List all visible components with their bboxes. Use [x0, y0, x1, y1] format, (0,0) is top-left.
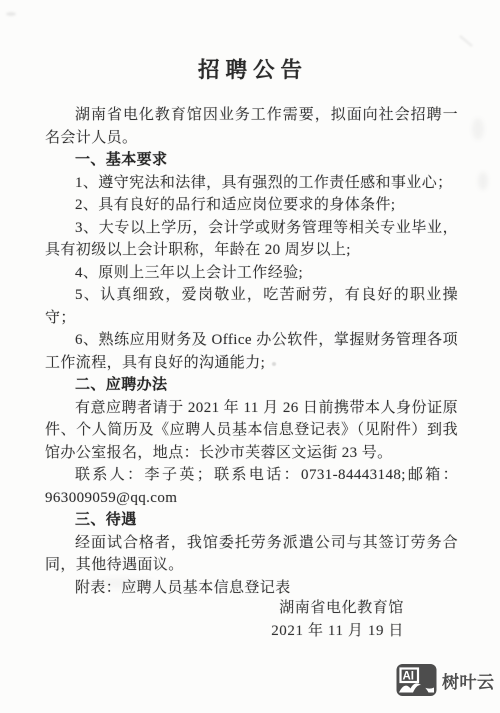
- ai-logo-text: AI: [403, 671, 415, 683]
- contact-paragraph: 联系人：李子英；联系电话：0731-84443148;邮箱：963009059@…: [45, 464, 458, 509]
- watermark-brand-label: 树叶云: [442, 668, 495, 693]
- scanned-document-page: 招聘公告 湖南省电化教育馆因业务工作需要，拟面向社会招聘一名会计人员。 一、基本…: [0, 0, 500, 713]
- application-method-paragraph: 有意应聘者请于 2021 年 11 月 26 日前携带本人身份证原件、个人简历及…: [45, 397, 458, 465]
- scan-artifact: [472, 118, 484, 140]
- treatment-paragraph: 经面试合格者，我馆委托劳务派遣公司与其签订劳务合同，其他待遇面议。: [45, 532, 458, 577]
- section-3-heading: 三、待遇: [45, 509, 458, 532]
- requirement-item-4: 4、原则上三年以上会计工作经验;: [45, 262, 458, 285]
- signature-date: 2021 年 11 月 19 日: [271, 620, 404, 643]
- page-title: 招聘公告: [0, 53, 500, 84]
- section-2-heading: 二、应聘办法: [45, 374, 458, 397]
- intro-paragraph: 湖南省电化教育馆因业务工作需要，拟面向社会招聘一名会计人员。: [45, 104, 458, 149]
- shuyeyun-watermark: AI 树叶云: [396, 663, 495, 697]
- requirement-item-5: 5、认真细致，爱岗敬业，吃苦耐劳，有良好的职业操守；: [45, 284, 458, 329]
- attachment-note: 附表：应聘人员基本信息登记表: [45, 577, 458, 600]
- scan-artifact: [6, 12, 16, 16]
- requirement-item-3: 3、大专以上学历，会计学或财务管理等相关专业毕业，具有初级以上会计职称，年龄在 …: [45, 217, 458, 262]
- signature-block: 湖南省电化教育馆 2021 年 11 月 19 日: [271, 597, 404, 642]
- document-body: 湖南省电化教育馆因业务工作需要，拟面向社会招聘一名会计人员。 一、基本要求 1、…: [45, 104, 458, 599]
- requirement-item-6: 6、熟练应用财务及 Office 办公软件，掌握财务管理各项工作流程，具有良好的…: [45, 329, 458, 374]
- signature-organization: 湖南省电化教育馆: [271, 597, 404, 620]
- requirement-item-1: 1、遵守宪法和法律，具有强烈的工作责任感和事业心；: [45, 172, 458, 195]
- ai-image-icon: AI: [396, 663, 437, 697]
- scan-artifact: [478, 172, 488, 190]
- section-1-heading: 一、基本要求: [45, 149, 458, 172]
- requirement-item-2: 2、具有良好的品行和适应岗位要求的身体条件;: [45, 194, 458, 217]
- scan-artifact: [459, 35, 473, 47]
